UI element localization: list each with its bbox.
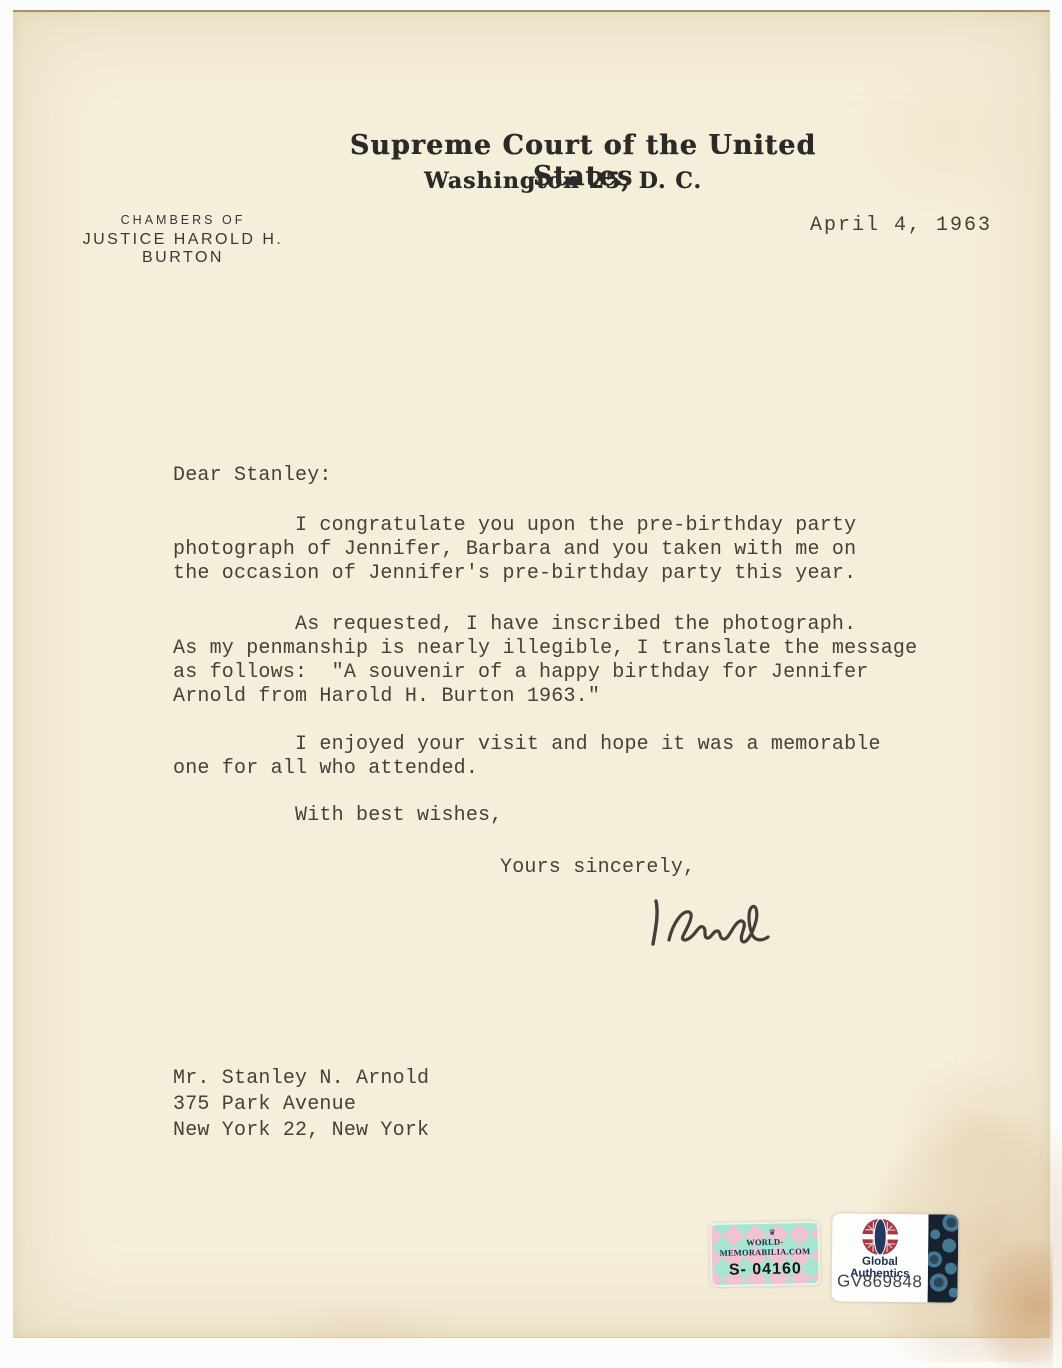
paper-stain <box>893 1052 1053 1202</box>
recipient-address: Mr. Stanley N. Arnold 375 Park Avenue Ne… <box>173 1066 429 1144</box>
hologram-pattern <box>928 1214 959 1302</box>
signature-harold <box>639 892 779 958</box>
globe-logo-icon <box>860 1217 900 1257</box>
global-authentics-serial: GV869848 <box>832 1271 928 1292</box>
salutation: Dear Stanley: <box>173 464 332 488</box>
paragraph-1: I congratulate you upon the pre-birthday… <box>173 514 856 586</box>
paper-stain <box>263 1302 463 1347</box>
paper-stain <box>843 42 1053 222</box>
closing-sincerely: Yours sincerely, <box>500 856 695 880</box>
authentication-sticker-global-authentics: Global Authentics GV869848 <box>832 1213 959 1302</box>
signature-stroke <box>653 901 657 944</box>
letter-date: April 4, 1963 <box>810 214 992 238</box>
signature-stroke <box>669 906 768 942</box>
letterhead-city-line: Washington 25, D. C. <box>340 168 786 194</box>
chambers-block: CHAMBERS OF JUSTICE HAROLD H. BURTON <box>55 213 311 267</box>
world-memorabilia-serial: S- 04160 <box>712 1260 818 1280</box>
paragraph-3: I enjoyed your visit and hope it was a m… <box>173 733 881 781</box>
crown-icon: ♛ <box>768 1229 775 1237</box>
paper-stain <box>973 1242 1053 1368</box>
letter-paper: Supreme Court of the United States Washi… <box>13 10 1050 1338</box>
world-memorabilia-brand: WORLD-MEMORABILIA.COM <box>712 1236 818 1258</box>
closing-wishes: With best wishes, <box>173 804 502 828</box>
justice-name-label: JUSTICE HAROLD H. BURTON <box>55 231 311 267</box>
authentication-sticker-world-memorabilia: ♛ WORLD-MEMORABILIA.COM S- 04160 <box>709 1221 820 1287</box>
chambers-of-label: CHAMBERS OF <box>55 213 311 227</box>
paragraph-2: As requested, I have inscribed the photo… <box>173 613 917 709</box>
